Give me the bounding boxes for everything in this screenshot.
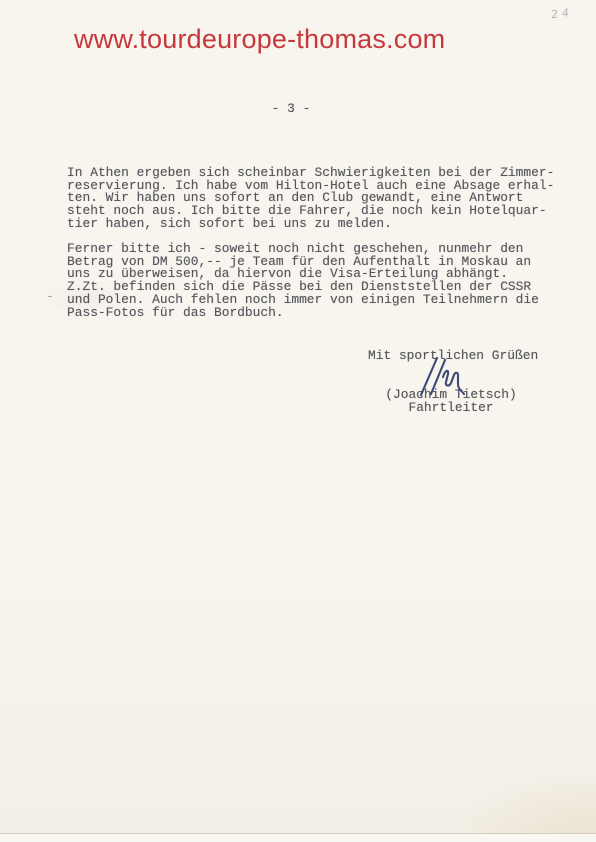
paper-bottom-edge	[0, 833, 596, 842]
scanned-letter-page: www.tourdeurope-thomas.com 24 - 3 - In A…	[0, 0, 596, 842]
margin-tick-mark: -	[46, 291, 54, 304]
handwritten-signature-icon	[415, 353, 471, 397]
typewritten-line: tier haben, sich sofort bei uns zu melde…	[67, 218, 554, 231]
signer-role: Fahrtleiter	[369, 402, 533, 415]
typewritten-line: Pass-Fotos für das Bordbuch.	[67, 307, 539, 320]
watermark-url-text: www.tourdeurope-thomas.com	[74, 24, 445, 55]
page-number: - 3 -	[0, 103, 582, 116]
paragraph-payment-visa: Ferner bitte ich - soweit noch nicht ges…	[67, 243, 539, 319]
paragraph-room-reservation: In Athen ergeben sich scheinbar Schwieri…	[67, 167, 554, 231]
scan-corner-shading	[426, 762, 596, 842]
pencil-page-note: 24	[550, 6, 573, 22]
